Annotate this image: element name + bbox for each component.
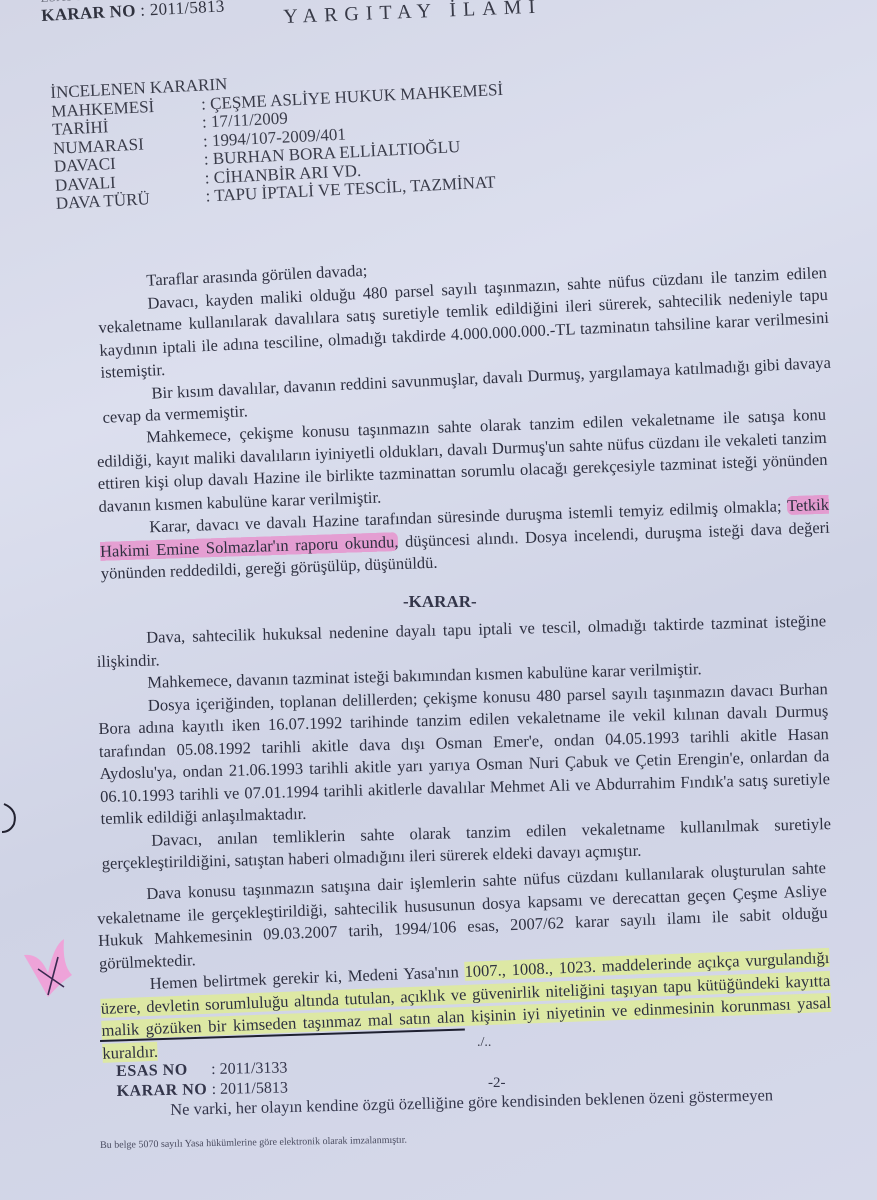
pen-bracket-mark-icon (0, 802, 20, 834)
claims-section: Taraflar arasında görülen davada; Davacı… (96, 239, 832, 429)
footer-esas-value: : 2011/3133 (211, 1059, 288, 1078)
pink-x-mark-icon (20, 935, 80, 1005)
decision-section: Dava, sahtecilik hukuksal nedenine dayal… (96, 610, 832, 875)
footer-ref: ESAS NO: 2011/3133 KARAR NO: 2011/5813 (116, 1058, 288, 1102)
reasoning-section: Dava konusu taşınmazın satışına dair işl… (96, 857, 832, 1065)
continuation-mark: ./.. (477, 1035, 491, 1051)
lower-court-section: Mahkemece, çekişme konusu taşınmazın sah… (96, 404, 831, 586)
case-info-block: İNCELENEN KARARIN MAHKEMESİ: ÇEŞME ASLİY… (50, 59, 576, 214)
header-karar-no-value: : 2011/5813 (140, 0, 225, 20)
header-ref: ESAS NO KARAR NO : 2011/5813 (40, 0, 225, 26)
footer-karar-value: : 2011/5813 (211, 1079, 288, 1098)
document-page: ESAS NO KARAR NO : 2011/5813 YARGITAY İL… (0, 0, 877, 1200)
page-number: -2- (488, 1075, 506, 1092)
paragraph: Dosya içeriğinden, toplanan delillerden;… (98, 678, 831, 831)
karar-heading: -KARAR- (403, 592, 477, 612)
footer-esas-label: ESAS NO (116, 1060, 211, 1082)
e-signature-note: Bu belge 5070 sayılı Yasa hükümlerine gö… (100, 1135, 407, 1151)
document-title: YARGITAY İLAMI (283, 0, 543, 29)
